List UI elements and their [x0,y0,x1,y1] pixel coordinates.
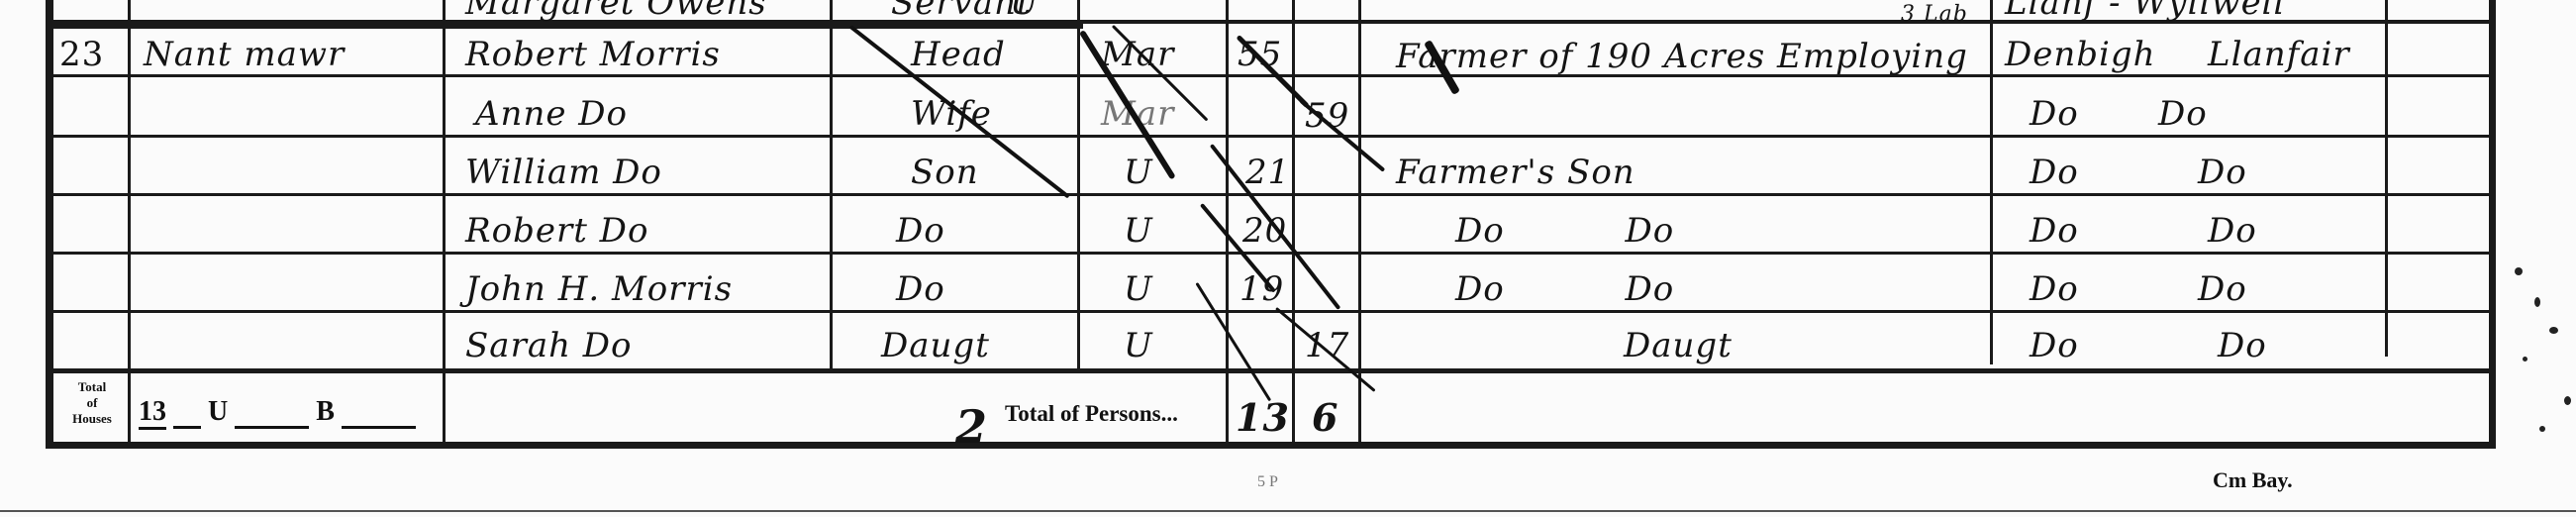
total-houses-label: Total of Houses [57,379,127,427]
census-page: Margaret Owens Servant U Llanf - Wyllwel… [0,0,2576,517]
prev-condition: U [1010,0,1040,20]
member-age-male: 21 [1245,155,1290,189]
household-separator [53,24,1083,29]
member-condition: U [1124,329,1153,362]
member-relation: Daugt [881,329,990,362]
page-bottom-rule [0,510,2576,512]
prev-name: Margaret Owens [465,0,767,20]
houses-blank [173,426,201,429]
col-rule-4 [1077,0,1080,368]
building-blank [342,426,416,429]
member-birth-county: Do [2030,214,2079,248]
scan-noise [2564,396,2571,405]
member-relation: Do [896,272,945,306]
member-relation: Son [911,155,979,189]
row-rule-1 [53,74,2489,77]
persons-mark: 2 [955,404,988,450]
uninhabited-blank [235,426,309,429]
member-occupation: Farmer of 190 Acres Employing [1396,40,1968,73]
member-name: Anne Do [475,97,628,131]
member-birth-parish: Do [2158,97,2208,131]
member-birth-parish: Do [2198,155,2247,189]
total-houses-label-line: Houses [57,411,127,427]
row-rule-2 [53,135,2489,138]
member-occupation: Daugt [1624,329,1733,362]
schedule-number: 23 [59,38,104,71]
member-birth-parish: Llanfair [2208,38,2350,71]
prev-birthplace: Llanf - Wyllwell [2005,0,2285,20]
member-name: William Do [465,155,662,189]
right-border [2489,0,2496,446]
totals-bottom-rule [46,442,2496,449]
total-houses-label-line: of [57,395,127,411]
member-condition: Mar [1101,38,1174,71]
scan-noise [2523,357,2527,362]
member-birth-parish: Do [2198,272,2247,306]
page-mark: 5 P [1257,473,1278,491]
building-label: B [316,396,335,427]
row-rule-4 [53,252,2489,255]
member-birth-county: Do [2030,272,2079,306]
member-condition: U [1124,272,1153,306]
member-occupation: Farmer's Son [1396,155,1635,189]
member-relation: Do [896,214,945,248]
member-birth-parish: Do [2208,214,2257,248]
member-relation: Head [911,38,1006,71]
left-border [46,0,53,446]
member-name: Robert Morris [465,38,721,71]
scan-noise [2539,426,2545,432]
col-rule-1 [128,0,131,446]
member-birth-county: Denbigh [2005,38,2156,71]
totals-top-rule [46,368,2496,373]
member-name: John H. Morris [465,272,733,306]
member-occupation: Do Do [1455,214,1674,248]
col-rule-2 [443,0,446,446]
total-houses-value: 13 [139,396,166,430]
member-condition: U [1124,155,1153,189]
member-birth-county: Do [2030,329,2079,362]
uninhabited-label: U [208,396,228,427]
scan-noise [2515,267,2523,275]
member-name: Sarah Do [465,329,633,362]
row-rule-3 [53,193,2489,196]
member-birth-county: Do [2030,155,2079,189]
total-persons-label: Total of Persons... [1005,401,1178,427]
archive-stamp: Cm Bay. [2213,467,2293,493]
col-rule-9 [2385,0,2388,357]
total-males: 13 [1236,399,1290,437]
house-name: Nant mawr [144,38,345,71]
total-houses-label-line: Total [57,379,127,395]
scan-noise [2549,327,2558,334]
col-rule-3 [830,0,833,368]
member-occupation-note: 3 Lab [1901,4,1968,26]
total-houses-row: 13 U B [139,396,416,429]
member-birth-county: Do [2030,97,2079,131]
member-name: Robert Do [465,214,648,248]
member-condition: U [1124,214,1153,248]
member-birth-parish: Do [2218,329,2267,362]
row-rule-5 [53,310,2489,313]
total-females: 6 [1312,399,1338,437]
member-occupation: Do Do [1455,272,1674,306]
scan-noise [2534,297,2540,307]
member-age-female: 17 [1305,329,1349,362]
col-rule-5 [1226,0,1229,446]
col-rule-6 [1292,0,1295,446]
member-age-female: 59 [1305,99,1349,133]
